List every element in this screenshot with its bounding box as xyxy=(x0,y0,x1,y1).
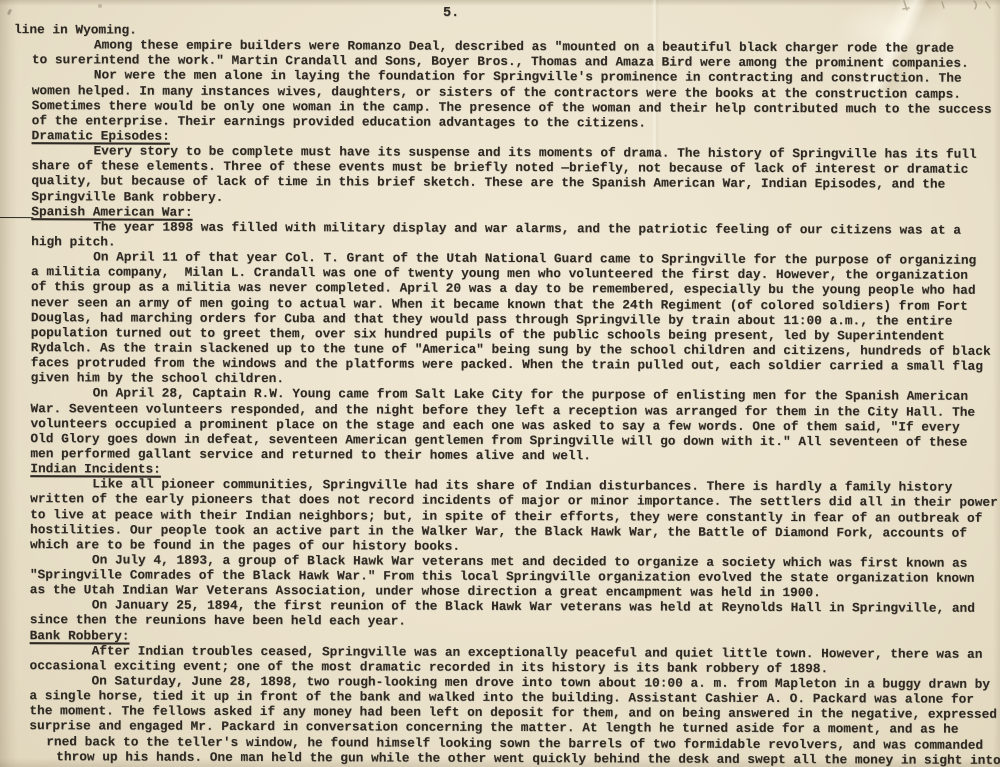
page-number: 5. xyxy=(443,6,459,21)
paper-speck xyxy=(98,4,102,8)
faint-pencil-marks-icon xyxy=(890,0,1000,18)
document-body: line in Wyoming.Among these empire build… xyxy=(0,22,1000,767)
text-line: throw up his hands. One man held the gun… xyxy=(0,749,997,767)
scanned-document-page: { "page": { "number": "5." }, "content":… xyxy=(0,0,1000,767)
